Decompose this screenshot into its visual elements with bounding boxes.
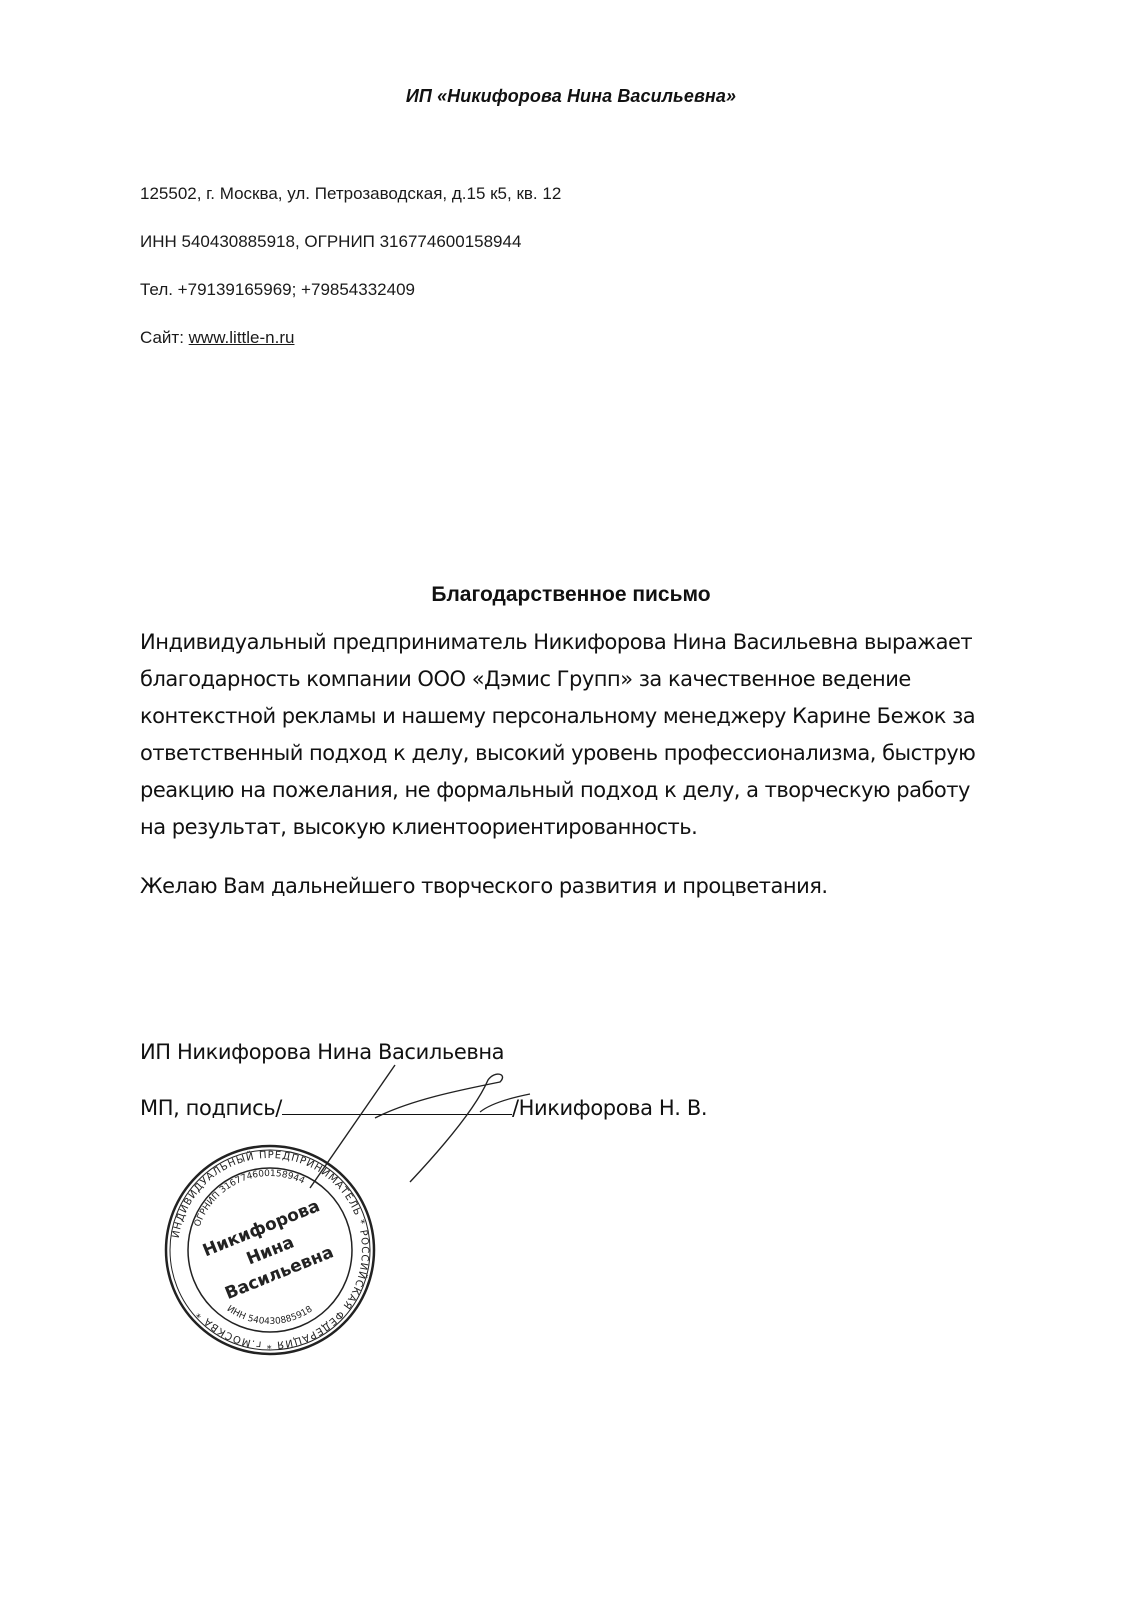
body-line: ответственный подход к делу, высокий уро… <box>140 735 1040 772</box>
closing-line: Желаю Вам дальнейшего творческого развит… <box>140 868 1040 905</box>
body-line: благодарность компании ООО «Дэмис Групп»… <box>140 661 1040 698</box>
letter-body: Индивидуальный предприниматель Никифоров… <box>140 624 1040 846</box>
body-line: на результат, высокую клиентоориентирова… <box>140 809 1040 846</box>
body-line: реакцию на пожелания, не формальный подх… <box>140 772 1040 809</box>
letter-closing: Желаю Вам дальнейшего творческого развит… <box>140 868 1040 905</box>
site-link[interactable]: www.little-n.ru <box>189 328 295 347</box>
company-title: ИП «Никифорова Нина Васильевна» <box>0 86 1142 107</box>
handwritten-signature-icon <box>290 1060 550 1190</box>
company-ids: ИНН 540430885918, ОГРНИП 316774600158944 <box>140 232 521 252</box>
body-line: Индивидуальный предприниматель Никифоров… <box>140 624 1040 661</box>
stamp-inn: ИНН 540430885918 <box>225 1304 315 1327</box>
svg-text:ИНН 540430885918: ИНН 540430885918 <box>225 1304 315 1327</box>
signature-label: МП, подпись/ <box>140 1096 282 1120</box>
company-phone: Тел. +79139165969; +79854332409 <box>140 280 415 300</box>
company-site: Сайт: www.little-n.ru <box>140 328 294 348</box>
company-address: 125502, г. Москва, ул. Петрозаводская, д… <box>140 184 561 204</box>
body-line: контекстной рекламы и нашему персонально… <box>140 698 1040 735</box>
site-label: Сайт: <box>140 328 189 347</box>
letter-page: ИП «Никифорова Нина Васильевна» 125502, … <box>0 0 1142 1600</box>
letter-title: Благодарственное письмо <box>0 583 1142 607</box>
